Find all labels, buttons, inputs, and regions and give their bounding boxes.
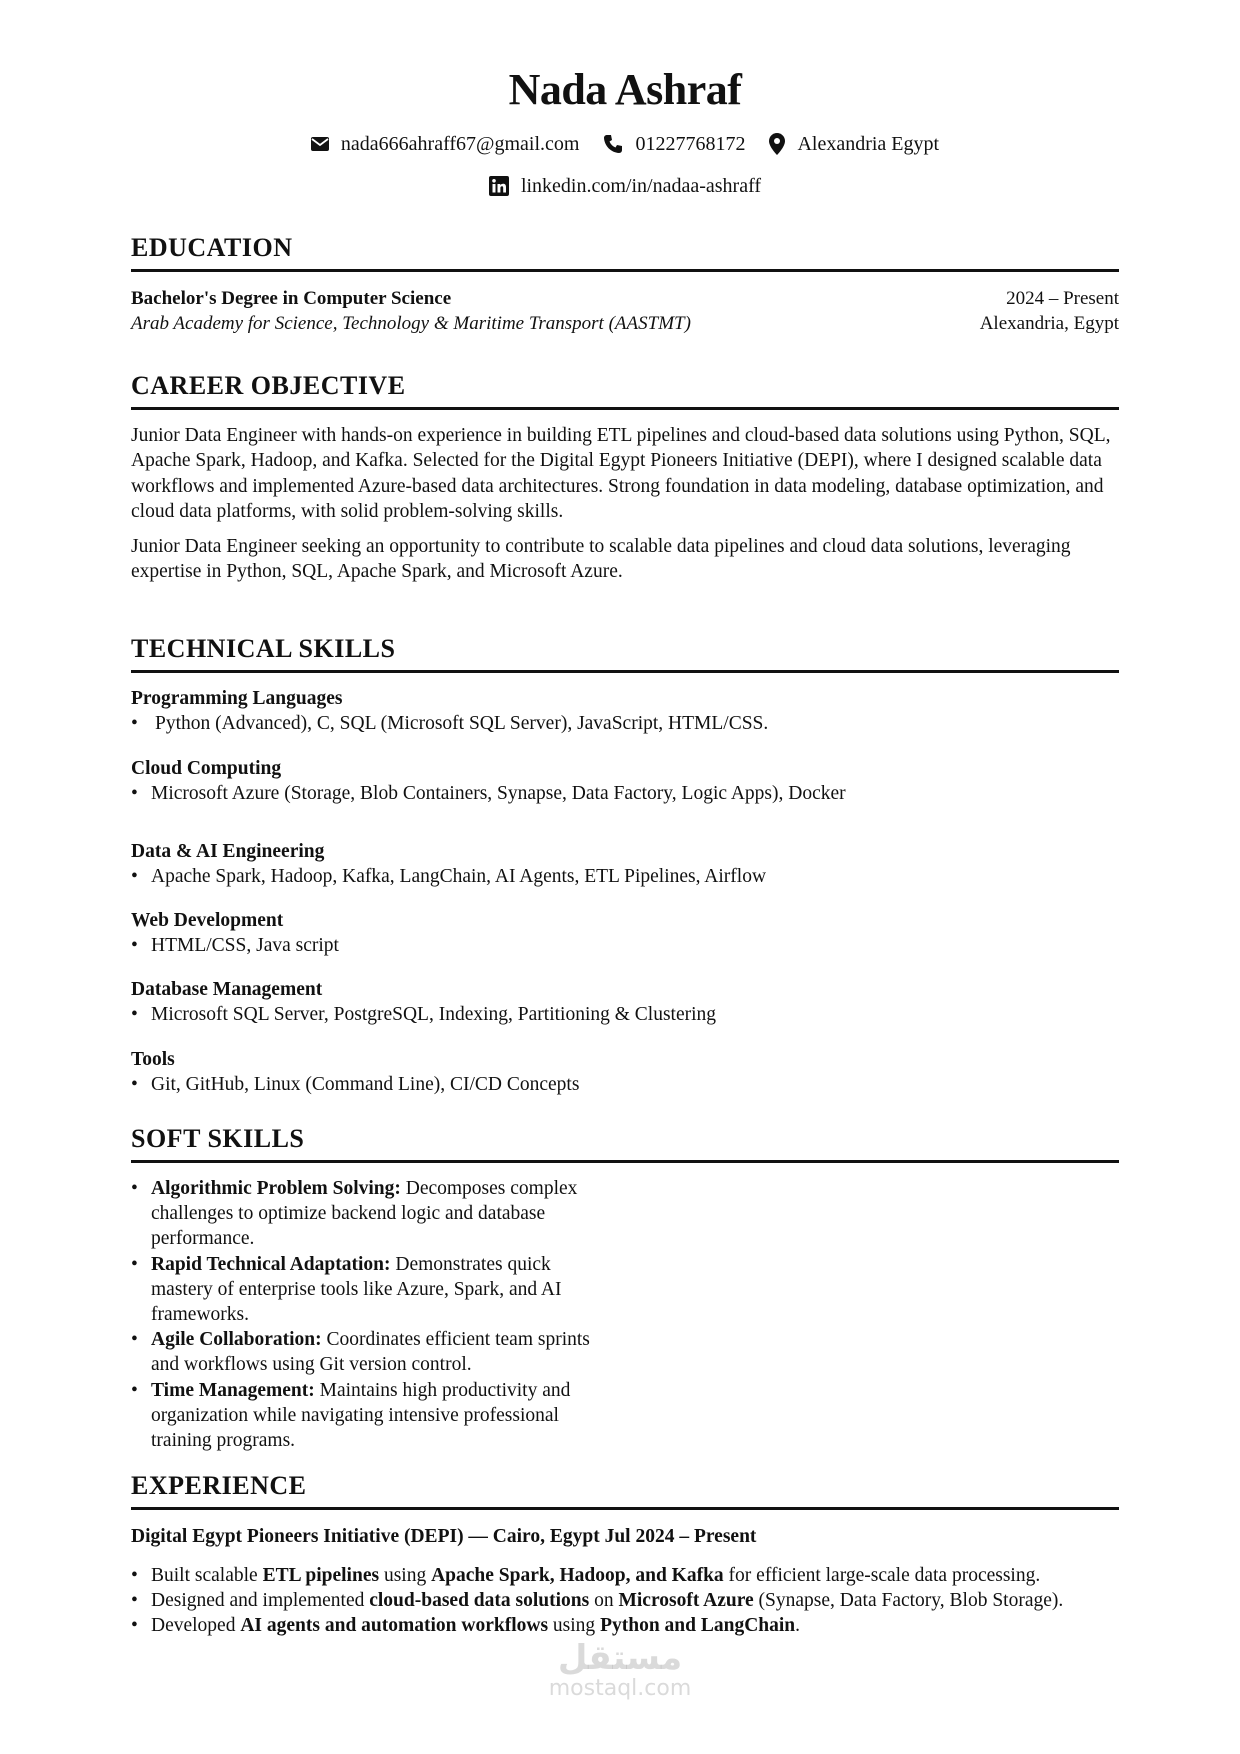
section-title: CAREER OBJECTIVE bbox=[131, 370, 1119, 402]
watermark-arabic: مستقل bbox=[540, 1640, 700, 1676]
experience-item: •Built scalable ETL pipelines using Apac… bbox=[131, 1563, 1119, 1588]
linkedin-text[interactable]: linkedin.com/in/nadaa-ashraff bbox=[521, 172, 761, 200]
phone-icon bbox=[603, 134, 623, 154]
contact-email[interactable]: nada666ahraff67@gmail.com bbox=[311, 130, 580, 158]
section-title: SOFT SKILLS bbox=[131, 1123, 1119, 1155]
experience-bullets: •Built scalable ETL pipelines using Apac… bbox=[131, 1563, 1119, 1639]
contact-row: nada666ahraff67@gmail.com 01227768172 Al… bbox=[131, 130, 1119, 158]
objective-section: CAREER OBJECTIVE Junior Data Engineer wi… bbox=[131, 370, 1119, 585]
contact-phone[interactable]: 01227768172 bbox=[603, 130, 745, 158]
contact-location: Alexandria Egypt bbox=[769, 130, 939, 158]
section-title: TECHNICAL SKILLS bbox=[131, 633, 1119, 665]
experience-section: EXPERIENCE Digital Egypt Pioneers Initia… bbox=[131, 1470, 1119, 1639]
contact-row-2: linkedin.com/in/nadaa-ashraff bbox=[131, 172, 1119, 200]
skill-item: •Git, GitHub, Linux (Command Line), CI/C… bbox=[131, 1072, 1119, 1097]
soft-skills-section: SOFT SKILLS •Algorithmic Problem Solving… bbox=[131, 1123, 1119, 1453]
education-dates: 2024 – Present bbox=[1006, 286, 1119, 311]
phone-text[interactable]: 01227768172 bbox=[635, 130, 745, 158]
skill-item: •HTML/CSS, Java script bbox=[131, 933, 1119, 958]
education-location: Alexandria, Egypt bbox=[980, 311, 1119, 336]
skill-group-heading: Programming Languages bbox=[131, 686, 1119, 711]
soft-skill-item: •Time Management: Maintains high product… bbox=[131, 1378, 601, 1454]
soft-skill-item: •Rapid Technical Adaptation: Demonstrate… bbox=[131, 1252, 601, 1328]
section-divider bbox=[131, 1507, 1119, 1510]
section-title: EDUCATION bbox=[131, 232, 1119, 264]
email-text[interactable]: nada666ahraff67@gmail.com bbox=[341, 130, 580, 158]
watermark-latin: mostaql.com bbox=[540, 1676, 700, 1702]
skill-group: Data & AI Engineering •Apache Spark, Had… bbox=[131, 839, 1119, 889]
degree: Bachelor's Degree in Computer Science bbox=[131, 286, 451, 311]
skill-group: Cloud Computing •Microsoft Azure (Storag… bbox=[131, 756, 1119, 806]
linkedin-icon bbox=[489, 176, 509, 196]
section-divider bbox=[131, 670, 1119, 673]
section-divider bbox=[131, 407, 1119, 410]
skill-item: •Microsoft SQL Server, PostgreSQL, Index… bbox=[131, 1002, 1119, 1027]
experience-item: •Developed AI agents and automation work… bbox=[131, 1613, 1119, 1638]
education-row-2: Arab Academy for Science, Technology & M… bbox=[131, 311, 1119, 336]
experience-heading: Digital Egypt Pioneers Initiative (DEPI)… bbox=[131, 1524, 1119, 1549]
technical-skills-section: TECHNICAL SKILLS Programming Languages •… bbox=[131, 633, 1119, 1097]
location-text: Alexandria Egypt bbox=[797, 130, 939, 158]
soft-skill-item: •Algorithmic Problem Solving: Decomposes… bbox=[131, 1176, 601, 1252]
map-pin-icon bbox=[769, 133, 785, 155]
section-title: EXPERIENCE bbox=[131, 1470, 1119, 1502]
skill-group: Programming Languages •Python (Advanced)… bbox=[131, 686, 1119, 736]
watermark: مستقل mostaql.com bbox=[540, 1640, 700, 1702]
objective-paragraph: Junior Data Engineer with hands-on exper… bbox=[131, 423, 1119, 524]
skill-group-heading: Database Management bbox=[131, 977, 1119, 1002]
skill-group-heading: Data & AI Engineering bbox=[131, 839, 1119, 864]
education-row: Bachelor's Degree in Computer Science 20… bbox=[131, 286, 1119, 311]
skill-group: Database Management •Microsoft SQL Serve… bbox=[131, 977, 1119, 1027]
skill-group: Web Development •HTML/CSS, Java script bbox=[131, 908, 1119, 958]
experience-item: •Designed and implemented cloud-based da… bbox=[131, 1588, 1119, 1613]
skill-group: Tools •Git, GitHub, Linux (Command Line)… bbox=[131, 1047, 1119, 1097]
section-divider bbox=[131, 1160, 1119, 1163]
section-divider bbox=[131, 269, 1119, 272]
objective-paragraph: Junior Data Engineer seeking an opportun… bbox=[131, 534, 1119, 585]
soft-skill-item: •Agile Collaboration: Coordinates effici… bbox=[131, 1327, 601, 1377]
skill-item: •Apache Spark, Hadoop, Kafka, LangChain,… bbox=[131, 864, 1119, 889]
skill-group-heading: Cloud Computing bbox=[131, 756, 1119, 781]
education-section: EDUCATION Bachelor's Degree in Computer … bbox=[131, 232, 1119, 336]
candidate-name: Nada Ashraf bbox=[131, 62, 1119, 118]
skill-group-heading: Web Development bbox=[131, 908, 1119, 933]
skill-item: •Python (Advanced), C, SQL (Microsoft SQ… bbox=[131, 711, 1119, 736]
contact-linkedin[interactable]: linkedin.com/in/nadaa-ashraff bbox=[489, 172, 761, 200]
soft-skills-list: •Algorithmic Problem Solving: Decomposes… bbox=[131, 1176, 601, 1453]
skill-item: •Microsoft Azure (Storage, Blob Containe… bbox=[131, 781, 1119, 806]
skill-group-heading: Tools bbox=[131, 1047, 1119, 1072]
resume-page: Nada Ashraf nada666ahraff67@gmail.com 01… bbox=[131, 0, 1119, 200]
envelope-icon bbox=[311, 137, 329, 151]
institution: Arab Academy for Science, Technology & M… bbox=[131, 311, 691, 336]
